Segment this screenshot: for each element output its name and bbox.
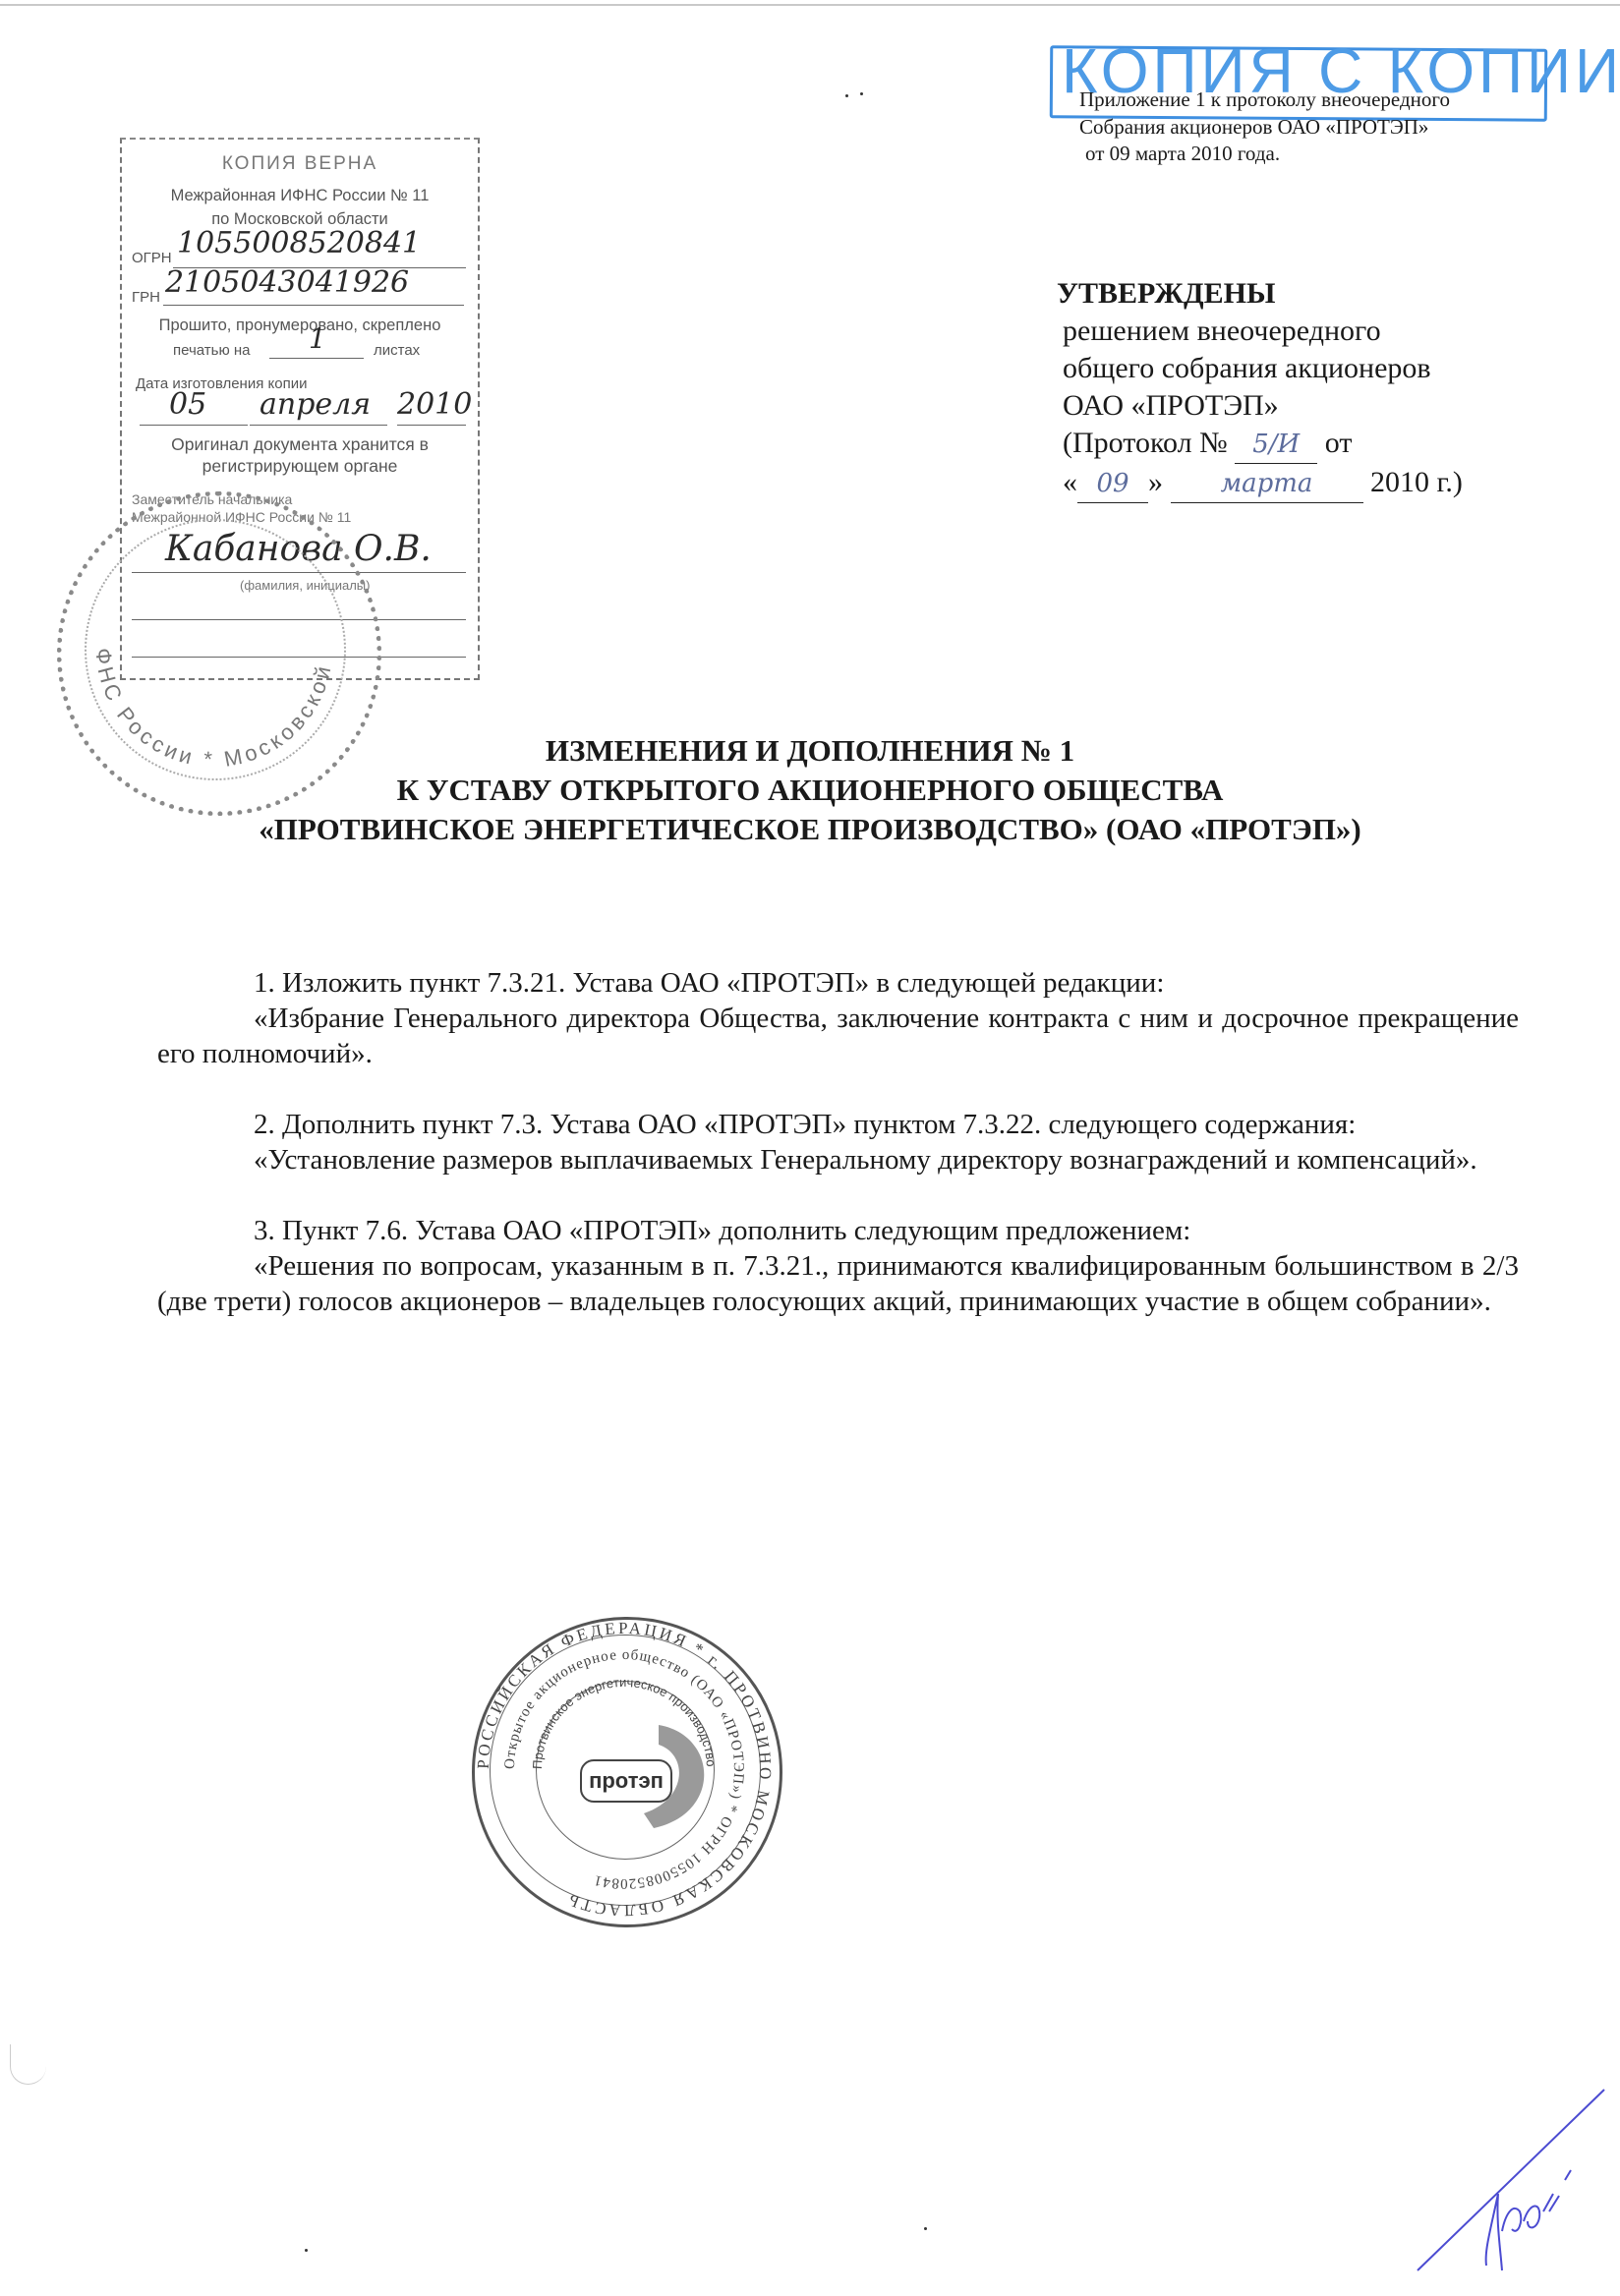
approval-line-1: решением внеочередного <box>1057 313 1463 350</box>
approval-date-day: 09 <box>1077 465 1148 503</box>
cert-grn-label: ГРН <box>132 289 160 306</box>
cert-grn-value: 2105043041926 <box>165 265 409 300</box>
signature-mark: Прог. <box>1376 2064 1620 2296</box>
item-3-heading: 3. Пункт 7.6. Устава ОАО «ПРОТЭП» дополн… <box>157 1213 1519 1248</box>
annex-line-1: Приложение 1 к протоколу внеочередного <box>1079 86 1450 114</box>
item-1-text: «Избрание Генерального директора Обществ… <box>157 1001 1519 1071</box>
date-close-quote: » <box>1148 466 1163 498</box>
scan-edge-line <box>0 4 1620 6</box>
cert-ogrn-value: 1055008520841 <box>177 226 421 260</box>
signature-stroke-icon <box>1486 2170 1571 2270</box>
approval-line-2: общего собрания акционеров <box>1057 350 1463 387</box>
approval-line-3: ОАО «ПРОТЭП» <box>1057 387 1463 425</box>
cert-date-year-underline <box>397 425 466 426</box>
date-open-quote: « <box>1063 466 1077 498</box>
protocol-number: 5/И <box>1235 426 1317 464</box>
cert-title: КОПИЯ ВЕРНА <box>122 153 478 175</box>
hole-punch-arc <box>10 2044 46 2085</box>
cert-stitched-line-1: Прошито, пронумеровано, скреплено <box>122 316 478 335</box>
cert-authority-line-1: Межрайонная ИФНС России № 11 <box>122 187 478 205</box>
annex-line-2: Собрания акционеров ОАО «ПРОТЭП» <box>1079 114 1450 142</box>
protocol-prefix: (Протокол № <box>1063 427 1228 459</box>
cert-pages-underline <box>269 358 364 359</box>
item-1-heading: 1. Изложить пункт 7.3.21. Устава ОАО «ПР… <box>157 965 1519 1001</box>
cert-grn-underline <box>163 305 464 306</box>
annex-line-3: от 09 марта 2010 года. <box>1079 141 1450 168</box>
cert-stitched-pages: 1 <box>309 322 326 355</box>
annex-reference: Приложение 1 к протоколу внеочередного С… <box>1079 86 1450 168</box>
cert-original-line-1: Оригинал документа хранится в <box>122 434 478 455</box>
cert-date-day-underline <box>140 425 248 426</box>
document-title: ИЗМЕНЕНИЯ И ДОПОЛНЕНИЯ № 1 К УСТАВУ ОТКР… <box>0 731 1620 849</box>
approval-date-month: марта <box>1171 465 1363 503</box>
item-2-text: «Установление размеров выплачиваемых Ген… <box>157 1142 1519 1177</box>
cert-original-line-2: регистрирующем органе <box>122 456 478 477</box>
amendment-item-3: 3. Пункт 7.6. Устава ОАО «ПРОТЭП» дополн… <box>157 1213 1519 1319</box>
cert-stitched-prefix: печатью на <box>173 342 251 359</box>
cert-date-month-underline <box>250 425 387 426</box>
cert-date-year: 2010 <box>397 387 472 422</box>
scan-speck <box>305 2249 308 2252</box>
protocol-suffix: от <box>1325 427 1353 459</box>
scan-speck <box>845 94 848 97</box>
cert-date-day: 05 <box>169 387 206 422</box>
item-3-text: «Решения по вопросам, указанным в п. 7.3… <box>157 1248 1519 1319</box>
item-2-heading: 2. Дополнить пункт 7.3. Устава ОАО «ПРОТ… <box>157 1107 1519 1142</box>
signature-text: Прог. <box>1493 2250 1498 2252</box>
title-line-3: «ПРОТВИНСКОЕ ЭНЕРГЕТИЧЕСКОЕ ПРОИЗВОДСТВО… <box>0 810 1620 849</box>
title-line-2: К УСТАВУ ОТКРЫТОГО АКЦИОНЕРНОГО ОБЩЕСТВА <box>0 771 1620 810</box>
approval-heading: УТВЕРЖДЕНЫ <box>1057 275 1463 313</box>
cert-ogrn-label: ОГРН <box>132 250 172 266</box>
fns-seal-text: ФНС России * Московской области <box>57 491 337 772</box>
seal-logo: протэп <box>580 1759 672 1803</box>
approval-date-year: 2010 г.) <box>1370 466 1463 498</box>
amendment-item-2: 2. Дополнить пункт 7.3. Устава ОАО «ПРОТ… <box>157 1107 1519 1177</box>
cert-date-month: апреля <box>260 387 371 422</box>
approval-date-line: «09» марта 2010 г.) <box>1057 464 1463 503</box>
approval-protocol-line: (Протокол № 5/И от <box>1057 425 1463 464</box>
document-body: 1. Изложить пункт 7.3.21. Устава ОАО «ПР… <box>157 965 1519 1354</box>
scan-speck <box>924 2227 927 2230</box>
svg-text:ФНС России * Московской област: ФНС России * Московской области <box>57 491 337 772</box>
cert-stitched-suffix: листах <box>374 342 420 359</box>
scan-speck <box>860 92 863 95</box>
amendment-item-1: 1. Изложить пункт 7.3.21. Устава ОАО «ПР… <box>157 965 1519 1071</box>
approval-block: УТВЕРЖДЕНЫ решением внеочередного общего… <box>1057 275 1463 503</box>
title-line-1: ИЗМЕНЕНИЯ И ДОПОЛНЕНИЯ № 1 <box>0 731 1620 771</box>
